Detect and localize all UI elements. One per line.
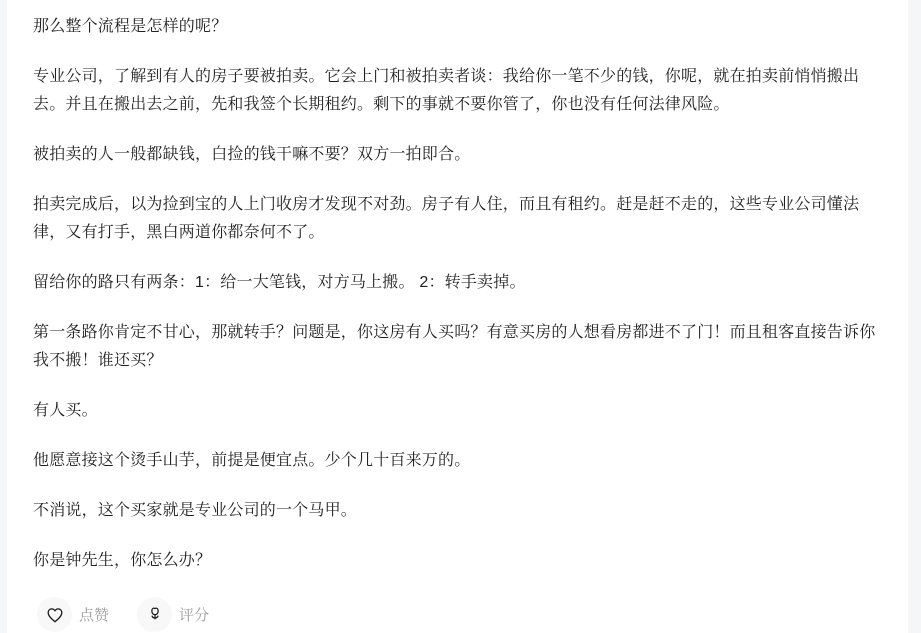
action-bar: 点赞 评分 xyxy=(33,597,893,632)
rate-label: 评分 xyxy=(179,604,209,625)
post-paragraph: 那么整个流程是怎样的呢？ xyxy=(33,13,888,41)
post-paragraph: 第一条路你肯定不甘心，那就转手？问题是，你这房有人买吗？有意买房的人想看房都进不… xyxy=(33,319,888,375)
post-paragraph: 他愿意接这个烫手山芋，前提是便宜点。少个几十百来万的。 xyxy=(33,447,888,475)
page-left-margin xyxy=(0,0,7,633)
post-paragraph: 有人买。 xyxy=(33,397,888,425)
like-label: 点赞 xyxy=(79,604,109,625)
post-paragraph: 不消说，这个买家就是专业公司的一个马甲。 xyxy=(33,497,888,525)
rate-button[interactable]: 评分 xyxy=(137,597,209,632)
post-paragraph: 专业公司，了解到有人的房子要被拍卖。它会上门和被拍卖者谈：我给你一笔不少的钱，你… xyxy=(33,63,888,119)
post-paragraph: 留给你的路只有两条：1：给一大笔钱，对方马上搬。 2：转手卖掉。 xyxy=(33,269,888,297)
post-paragraph: 被拍卖的人一般都缺钱，白捡的钱干嘛不要？双方一拍即合。 xyxy=(33,141,888,169)
page: 那么整个流程是怎样的呢？专业公司，了解到有人的房子要被拍卖。它会上门和被拍卖者谈… xyxy=(0,0,921,633)
post-paragraph: 拍卖完成后，以为捡到宝的人上门收房才发现不对劲。房子有人住，而且有租约。赶是赶不… xyxy=(33,191,888,247)
heart-icon[interactable] xyxy=(37,597,72,632)
like-button[interactable]: 点赞 xyxy=(37,597,109,632)
page-right-margin xyxy=(908,0,921,633)
post-content: 那么整个流程是怎样的呢？专业公司，了解到有人的房子要被拍卖。它会上门和被拍卖者谈… xyxy=(7,0,908,633)
flower-icon[interactable] xyxy=(137,597,172,632)
post-body: 那么整个流程是怎样的呢？专业公司，了解到有人的房子要被拍卖。它会上门和被拍卖者谈… xyxy=(33,13,888,575)
post-paragraph: 你是钟先生，你怎么办？ xyxy=(33,547,888,575)
